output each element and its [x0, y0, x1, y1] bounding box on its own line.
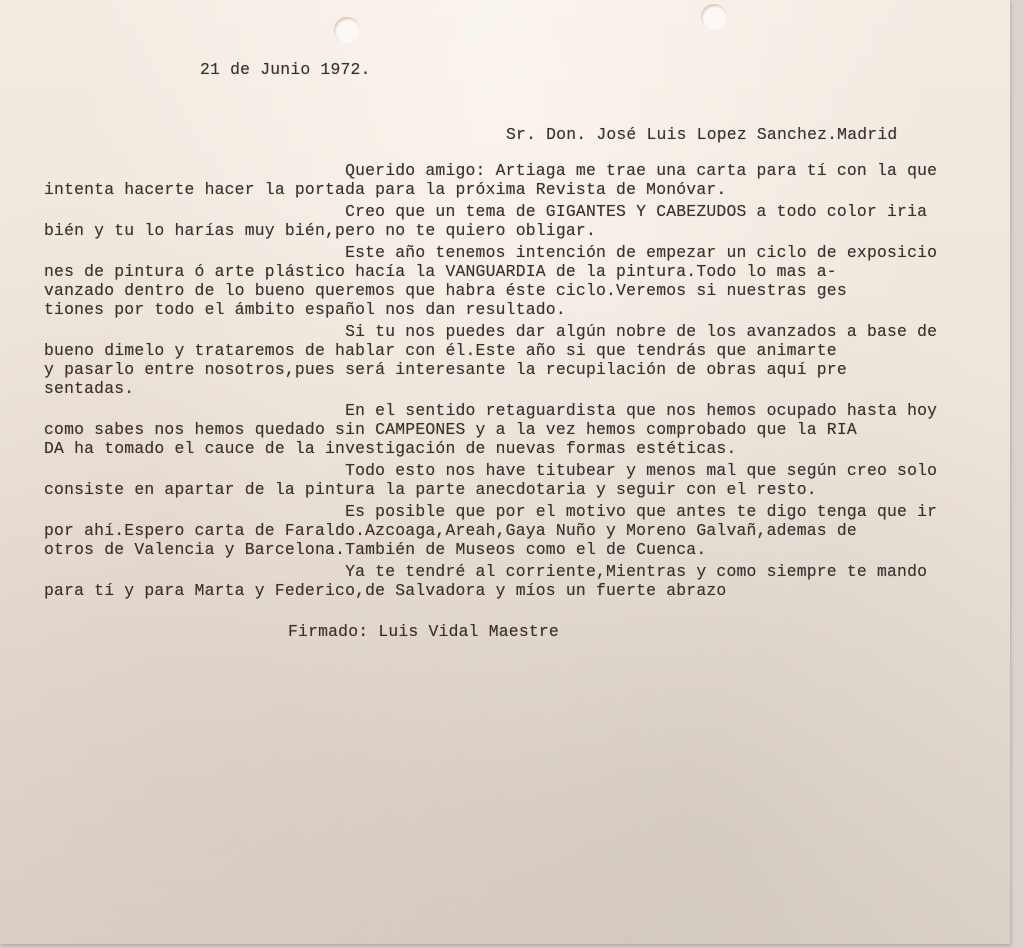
letter-paragraph: Si tu nos puedes dar algún nobre de los …: [44, 322, 937, 398]
letter-line: Este año tenemos intención de empezar un…: [44, 243, 937, 262]
letter-line: Creo que un tema de GIGANTES Y CABEZUDOS…: [44, 202, 937, 221]
letter-date: 21 de Junio 1972.: [200, 60, 371, 79]
letter-line: En el sentido retaguardista que nos hemo…: [44, 401, 937, 420]
letter-recipient: Sr. Don. José Luis Lopez Sanchez.Madrid: [506, 125, 897, 144]
letter-body: Querido amigo: Artiaga me trae una carta…: [44, 161, 937, 600]
letter-paragraph: En el sentido retaguardista que nos hemo…: [44, 401, 937, 458]
letter-line: Si tu nos puedes dar algún nobre de los …: [44, 322, 937, 341]
letter-paragraph: Querido amigo: Artiaga me trae una carta…: [44, 161, 937, 199]
letter-line: DA ha tomado el cauce de la investigació…: [44, 439, 937, 458]
letter-line: intenta hacerte hacer la portada para la…: [44, 180, 937, 199]
punch-hole: [334, 17, 360, 43]
letter-line: vanzado dentro de lo bueno queremos que …: [44, 281, 937, 300]
letter-line: Ya te tendré al corriente,Mientras y com…: [44, 562, 937, 581]
letter-line: tiones por todo el ámbito español nos da…: [44, 300, 937, 319]
letter-line: bién y tu lo harías muy bién,pero no te …: [44, 221, 937, 240]
letter-paragraph: Todo esto nos have titubear y menos mal …: [44, 461, 937, 499]
letter-line: y pasarlo entre nosotros,pues será inter…: [44, 360, 937, 379]
punch-hole: [701, 4, 727, 30]
letter-paragraph: Es posible que por el motivo que antes t…: [44, 502, 937, 559]
letter-line: bueno dimelo y trataremos de hablar con …: [44, 341, 937, 360]
letter-line: para tí y para Marta y Federico,de Salva…: [44, 581, 937, 600]
letter-line: por ahí.Espero carta de Faraldo.Azcoaga,…: [44, 521, 937, 540]
letter-line: Es posible que por el motivo que antes t…: [44, 502, 937, 521]
letter-line: Todo esto nos have titubear y menos mal …: [44, 461, 937, 480]
letter-line: Querido amigo: Artiaga me trae una carta…: [44, 161, 937, 180]
letter-line: como sabes nos hemos quedado sin CAMPEON…: [44, 420, 937, 439]
letter-line: otros de Valencia y Barcelona.También de…: [44, 540, 937, 559]
letter-paragraph: Este año tenemos intención de empezar un…: [44, 243, 937, 319]
letter-paragraph: Creo que un tema de GIGANTES Y CABEZUDOS…: [44, 202, 937, 240]
letter-page: 21 de Junio 1972. Sr. Don. José Luis Lop…: [0, 0, 1010, 944]
letter-line: sentadas.: [44, 379, 937, 398]
letter-paragraph: Ya te tendré al corriente,Mientras y com…: [44, 562, 937, 600]
letter-line: consiste en apartar de la pintura la par…: [44, 480, 937, 499]
letter-line: nes de pintura ó arte plástico hacía la …: [44, 262, 937, 281]
letter-signature: Firmado: Luis Vidal Maestre: [288, 622, 559, 641]
